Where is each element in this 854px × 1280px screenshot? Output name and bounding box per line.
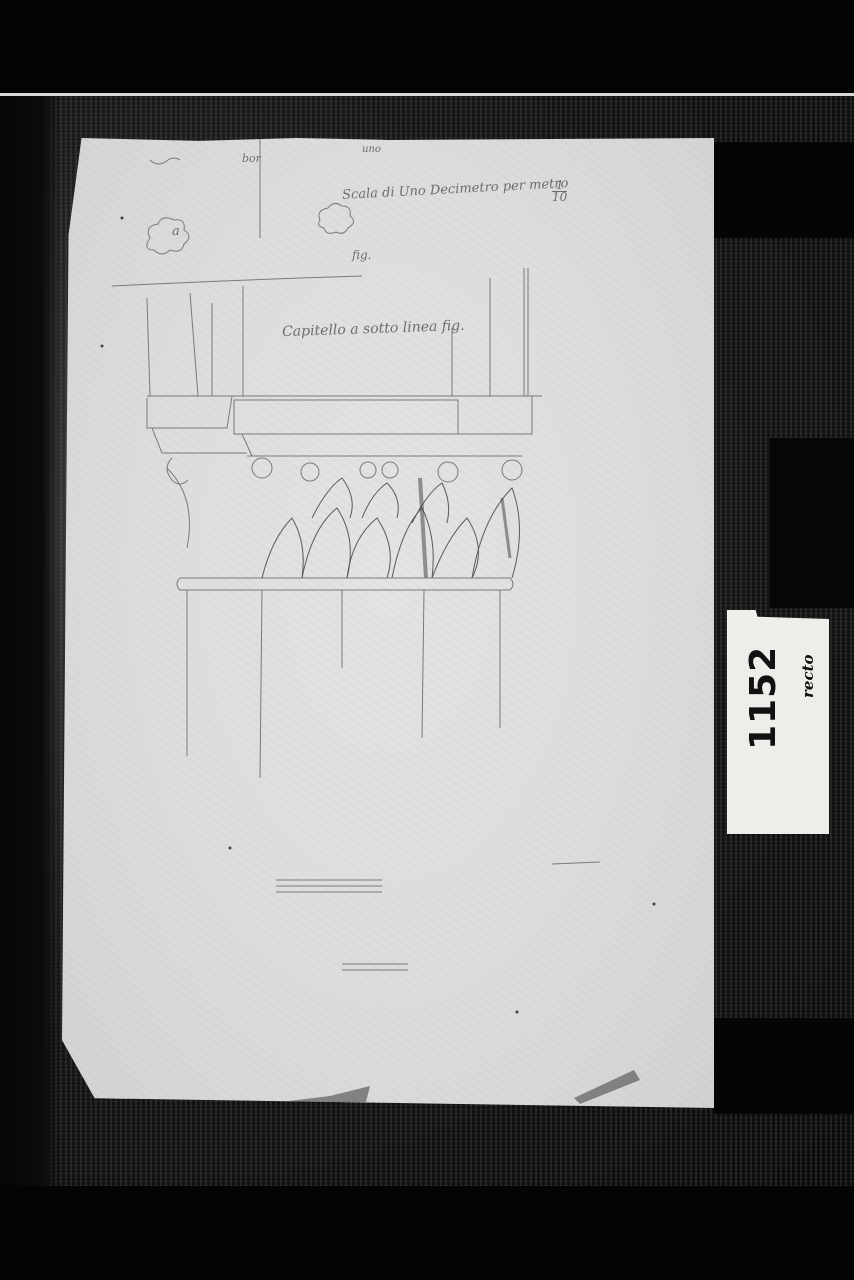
catalog-label-card: 1152 recto bbox=[727, 610, 829, 834]
drawing-sheet: bor uno Scala di Uno Decimetro per metro… bbox=[62, 138, 714, 1108]
capital-drawing bbox=[62, 138, 714, 1108]
bottom-black-band bbox=[0, 1186, 854, 1280]
pencil-smudge bbox=[280, 1086, 370, 1102]
top-black-band bbox=[0, 0, 854, 93]
pencil-smudge bbox=[574, 1070, 640, 1104]
backdrop-dark-patch bbox=[714, 1018, 854, 1114]
backdrop-dark-patch bbox=[712, 142, 854, 238]
backdrop-dark-patch bbox=[770, 438, 854, 608]
catalog-side: recto bbox=[799, 654, 817, 698]
catalog-number: 1152 bbox=[743, 646, 784, 750]
left-shadow bbox=[0, 96, 60, 1186]
quatrefoil-sketch-icon bbox=[147, 218, 189, 254]
quatrefoil-sketch-icon bbox=[319, 203, 354, 233]
